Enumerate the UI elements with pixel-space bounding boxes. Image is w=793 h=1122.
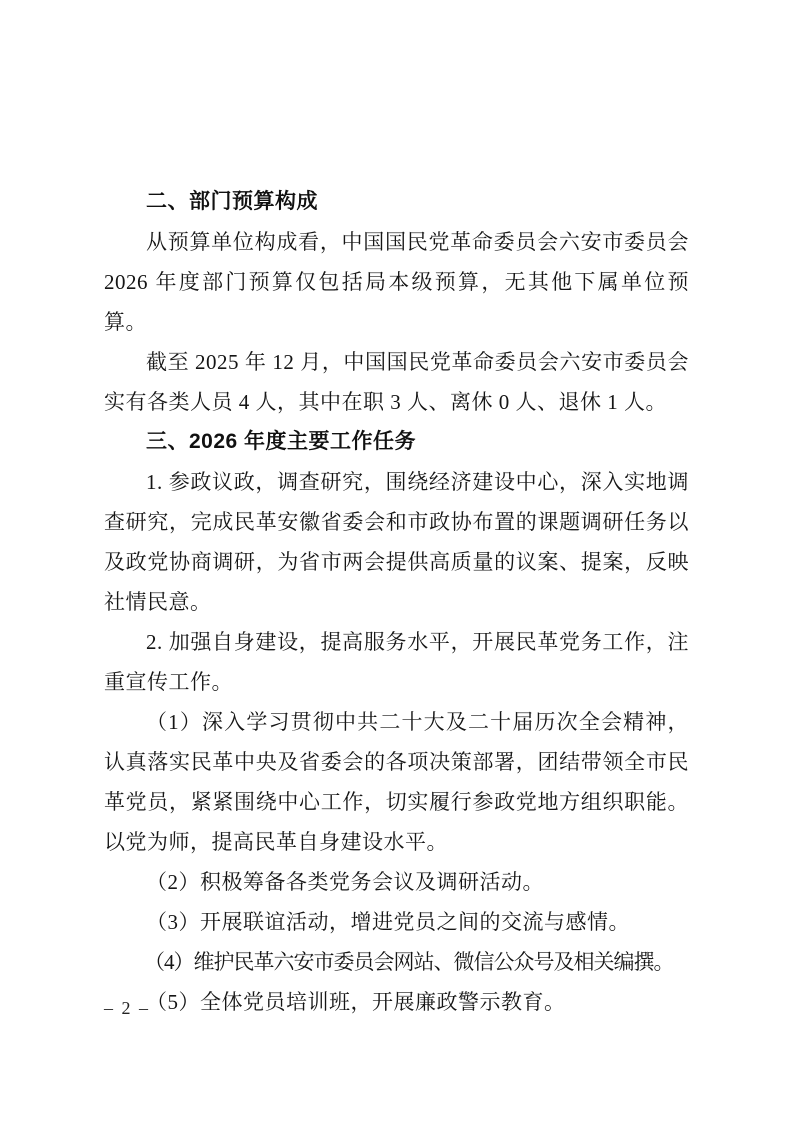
section-heading-main-tasks: 三、2026 年度主要工作任务: [104, 422, 689, 462]
paragraph-budget-units: 从预算单位构成看，中国国民党革命委员会六安市委员会 2026 年度部门预算仅包括…: [104, 222, 689, 342]
section-heading-budget-composition: 二、部门预算构成: [104, 182, 689, 222]
paragraph-task-2-item-4: （4）维护民革六安市委员会网站、微信公众号及相关编撰。: [104, 942, 689, 982]
paragraph-task-2-item-2: （2）积极筹备各类党务会议及调研活动。: [104, 862, 689, 902]
paragraph-task-2: 2. 加强自身建设，提高服务水平，开展民革党务工作，注重宣传工作。: [104, 622, 689, 702]
paragraph-task-1: 1. 参政议政，调查研究，围绕经济建设中心，深入实地调查研究，完成民革安徽省委会…: [104, 462, 689, 622]
document-content: 二、部门预算构成 从预算单位构成看，中国国民党革命委员会六安市委员会 2026 …: [104, 182, 689, 1022]
paragraph-task-2-item-1: （1）深入学习贯彻中共二十大及二十届历次全会精神，认真落实民革中央及省委会的各项…: [104, 702, 689, 862]
paragraph-task-2-item-5: （5）全体党员培训班，开展廉政警示教育。: [104, 982, 689, 1022]
page-number: – 2 –: [104, 996, 150, 1020]
paragraph-task-2-item-3: （3）开展联谊活动，增进党员之间的交流与感情。: [104, 902, 689, 942]
document-page: 二、部门预算构成 从预算单位构成看，中国国民党革命委员会六安市委员会 2026 …: [0, 0, 793, 1122]
paragraph-personnel-count: 截至 2025 年 12 月，中国国民党革命委员会六安市委员会实有各类人员 4 …: [104, 342, 689, 422]
